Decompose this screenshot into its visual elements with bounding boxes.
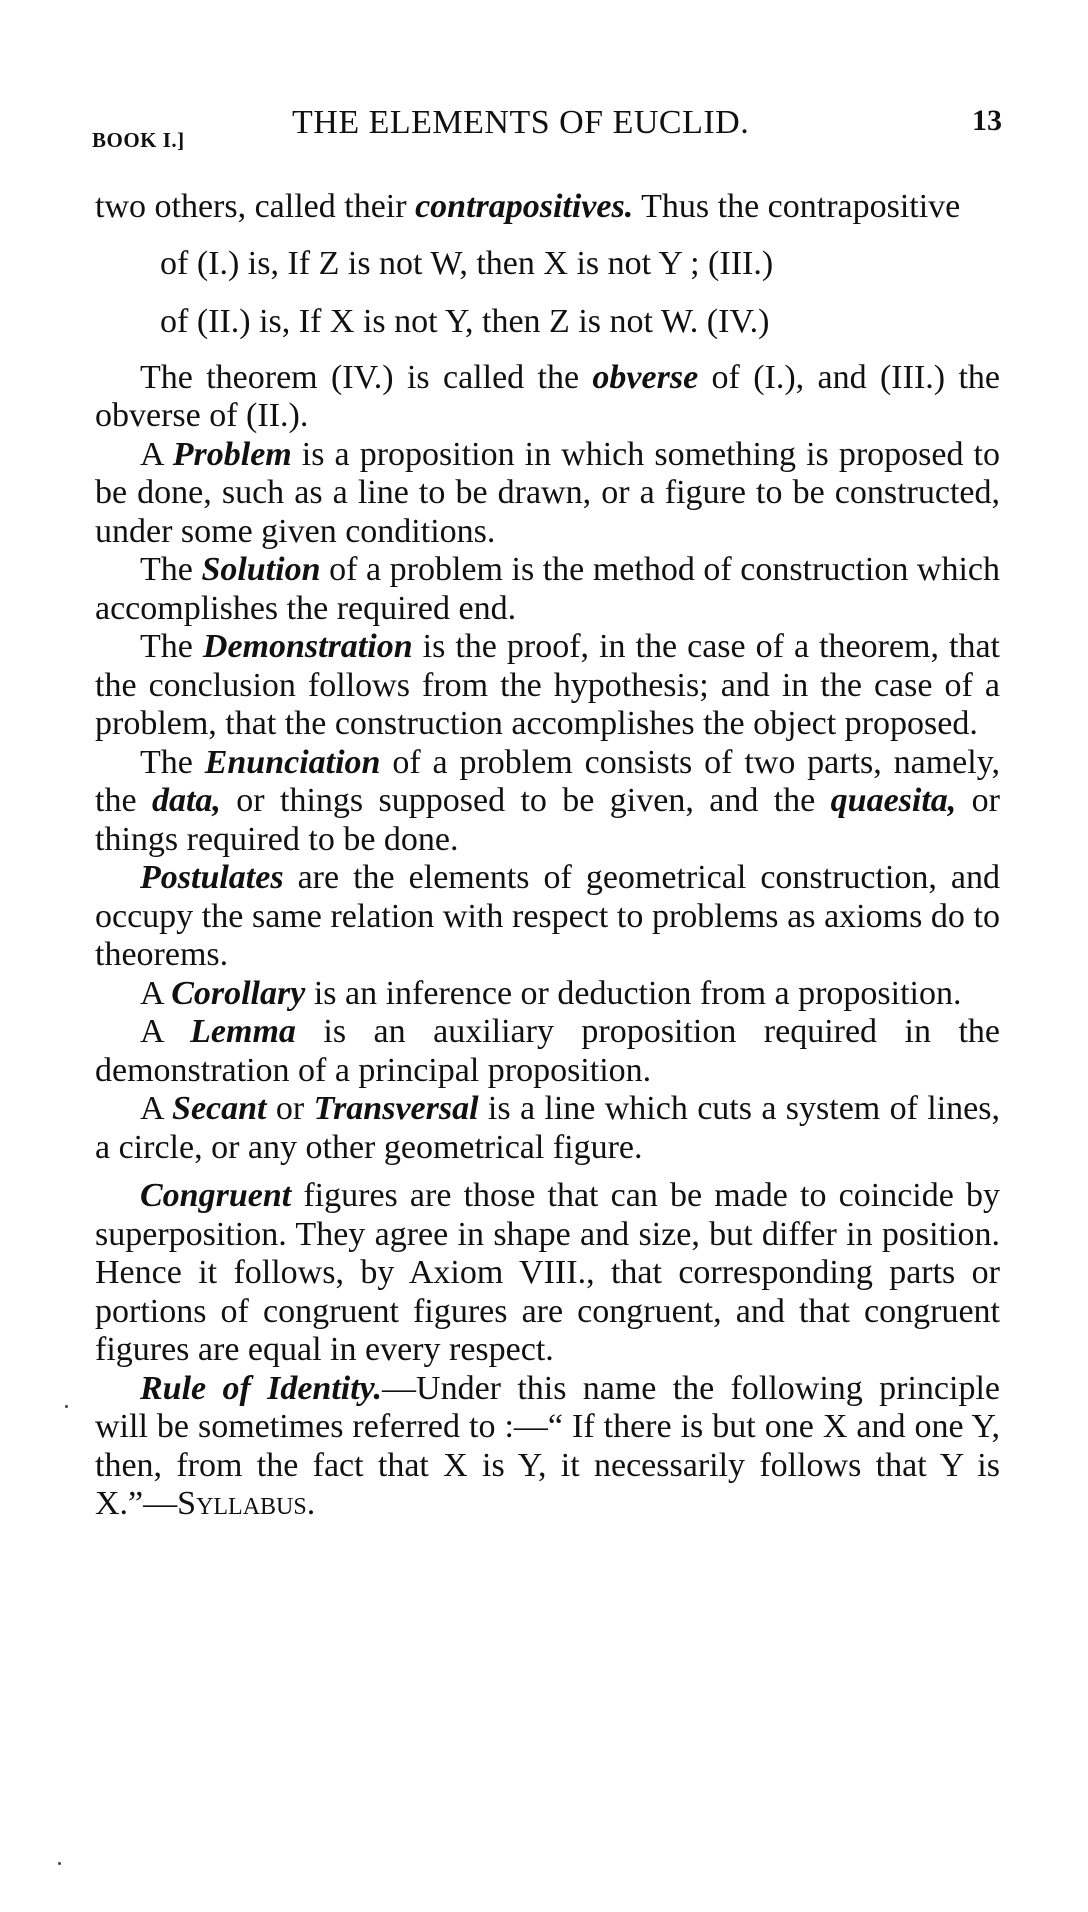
paragraph-obverse: The theorem (IV.) is called the obverse … [95,359,1000,436]
paragraph-corollary: A Corollary is an inference or deduction… [95,975,1000,1014]
defined-term: contrapositives. [415,188,633,225]
paragraph-problem: A Problem is a proposition in which some… [95,436,1000,552]
defined-term: Congruent [140,1177,291,1214]
defined-term: obverse [592,359,698,396]
text: The [140,551,201,588]
text: A [140,975,171,1012]
defined-term: Rule of Identity. [140,1370,382,1407]
defined-term: quaesita, [831,782,957,819]
defined-term: Corollary [171,975,305,1012]
source-attribution: Syllabus. [177,1485,315,1522]
text: Thus the contrapositive [633,188,960,225]
text: or [267,1090,314,1127]
text: or things supposed to be given, and the [221,782,831,819]
text: A [140,436,173,473]
defined-term: Problem [173,436,292,473]
paragraph-enunciation: The Enunciation of a problem consists of… [95,744,1000,860]
paragraph-postulates: Postulates are the elements of geometric… [95,859,1000,975]
paragraph-solution: The Solution of a problem is the method … [95,551,1000,628]
paragraph-demonstration: The Demonstration is the proof, in the c… [95,628,1000,744]
scan-speck [58,1862,61,1865]
text: The theorem (IV.) is called the [140,359,592,396]
defined-term: Postulates [140,859,284,896]
spacer [95,1167,1000,1177]
paragraph-congruent: Congruent figures are those that can be … [95,1177,1000,1370]
defined-term: Demonstration [203,628,413,665]
text: A [140,1090,172,1127]
formula-block: of (I.) is, If Z is not W, then X is not… [95,235,1000,351]
running-title: THE ELEMENTS OF EUCLID. [292,104,749,142]
paragraph-rule-of-identity: Rule of Identity.—Under this name the fo… [95,1370,1000,1524]
text: The [140,628,203,665]
page-number: 13 [972,104,1002,138]
paragraph-lemma: A Lemma is an auxiliary proposition requ… [95,1013,1000,1090]
defined-term: Solution [201,551,320,588]
running-head-book: BOOK I.] [92,128,185,153]
running-header: BOOK I.] THE ELEMENTS OF EUCLID. 13 [92,104,1002,154]
defined-term: Transversal [314,1090,479,1127]
defined-term: Enunciation [205,744,381,781]
paragraph-contrapositives: two others, called their contrapositives… [95,188,1000,227]
defined-term: Secant [172,1090,266,1127]
formula-iv: of (II.) is, If X is not Y, then Z is no… [160,293,1000,351]
text: A [140,1013,190,1050]
formula-iii: of (I.) is, If Z is not W, then X is not… [160,235,1000,293]
scan-speck [65,1405,68,1408]
book-page: BOOK I.] THE ELEMENTS OF EUCLID. 13 two … [0,0,1088,1912]
text: two others, called their [95,188,415,225]
defined-term: data, [152,782,221,819]
text: The [140,744,205,781]
defined-term: Lemma [190,1013,296,1050]
page-body: two others, called their contrapositives… [95,188,1000,1524]
text: is an inference or deduction from a prop… [305,975,961,1012]
paragraph-secant: A Secant or Transversal is a line which … [95,1090,1000,1167]
